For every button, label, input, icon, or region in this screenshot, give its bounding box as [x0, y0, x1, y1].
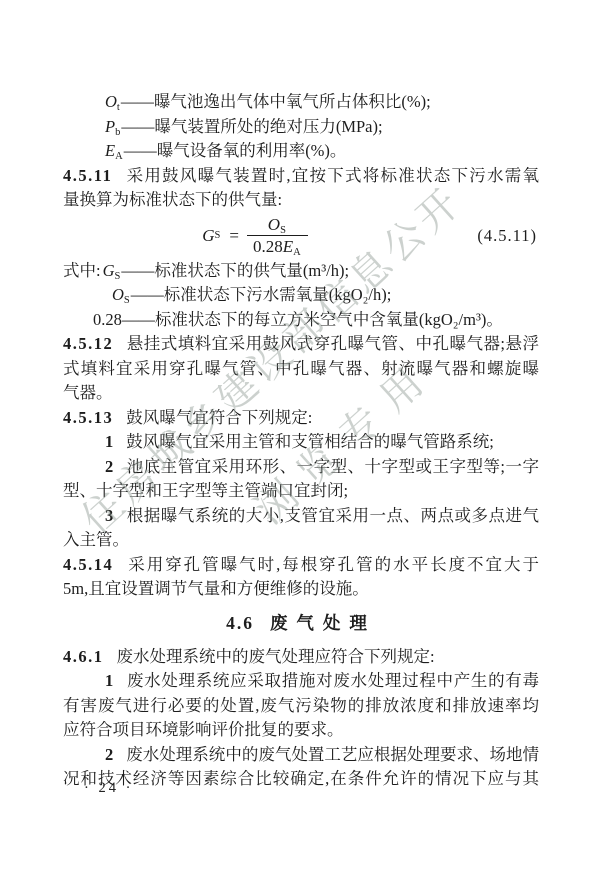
equation-number: (4.5.11) [477, 226, 537, 246]
clause-4-5-13-item-2-line-2: 型、十字型和王字型等主管端口宜封闭; [63, 479, 539, 504]
symbol-ot-description: ——曝气池逸出气体中氧气所占体积比(%); [121, 92, 431, 111]
item-text: 应符合项目环境影响评价批复的要求。 [63, 720, 344, 739]
clause-4-5-13-item-3-line-2: 入主管。 [63, 528, 539, 553]
fraction: OS 0.28EA [247, 214, 308, 257]
equation-expression: GS = OS 0.28EA [202, 214, 307, 257]
symbol-ot-subscript: t [117, 102, 120, 113]
symbol-definition-pb: Pb——曝气装置所处的绝对压力(MPa); [63, 115, 539, 140]
clause-number: 4.5.12 [63, 334, 113, 353]
fraction-numerator: OS [247, 214, 308, 235]
clause-number: 4.5.14 [63, 555, 113, 574]
item-text: 废水处理系统中的废气处置工艺应根据处理要求、场地情 [126, 745, 539, 764]
clause-number: 4.5.11 [63, 166, 112, 185]
where-os-var: O [112, 285, 124, 304]
where-os-description: ——标准状态下污水需氧量(kgO₂/h); [131, 285, 392, 304]
item-number: 1 [105, 671, 113, 690]
clause-4-6-1-item-2-line-2: 况和技术经济等因素综合比较确定,在条件允许的情况下应与其 [63, 767, 539, 792]
clause-4-5-13-item-1: 1鼓风曝气宜采用主管和支管相结合的曝气管路系统; [63, 430, 539, 455]
clause-4-5-11-line-2: 量换算为标准状态下的供气量: [63, 188, 539, 213]
clause-4-5-14-line-2: 5m,且宜设置调节气量和方便维修的设施。 [63, 577, 539, 602]
symbol-ea-subscript: A [115, 151, 123, 162]
symbol-pb: P [105, 117, 115, 136]
clause-4-5-12-line-3: 气器。 [63, 381, 539, 406]
clause-text: 鼓风曝气宜符合下列规定: [126, 408, 312, 427]
item-text: 鼓风曝气宜采用主管和支管相结合的曝气管路系统; [126, 432, 494, 451]
equation-lhs-var: G [202, 226, 214, 246]
clause-4-5-13-item-3-line-1: 3根据曝气系统的大小,支管宜采用一点、两点或多点进气 [63, 504, 539, 529]
clause-text: 采用穿孔管曝气时,每根穿孔管的水平长度不宜大于 [126, 555, 539, 574]
clause-text: 采用鼓风曝气装置时,宜按下式将标准状态下污水需氧 [125, 166, 539, 185]
where-gs-var: G [103, 261, 115, 280]
symbol-ea-description: ——曝气设备氧的利用率(%)。 [124, 141, 347, 160]
clause-4-6-1-item-1-line-3: 应符合项目环境影响评价批复的要求。 [63, 718, 539, 743]
clause-text: 量换算为标准状态下的供气量: [63, 190, 282, 209]
item-number: 2 [105, 457, 113, 476]
clause-text: 5m,且宜设置调节气量和方便维修的设施。 [63, 579, 369, 598]
where-os-subscript: S [124, 295, 130, 306]
section-heading-4-6: 4.6废气处理 [63, 611, 539, 636]
fraction-denominator: 0.28EA [247, 235, 308, 257]
where-028-description: ——标准状态下的每立方米空气中含氧量(kgO₂/m³)。 [122, 310, 503, 329]
page-number: · 24 · [84, 780, 133, 797]
symbol-definition-ot: Ot——曝气池逸出气体中氧气所占体积比(%); [63, 90, 539, 115]
denominator-coefficient: 0.28 [253, 237, 283, 256]
symbol-ea: E [105, 141, 115, 160]
denominator-subscript: A [293, 247, 301, 258]
clause-4-6-1-line-1: 4.6.1废水处理系统中的废气处理应符合下列规定: [63, 645, 539, 670]
item-number: 2 [105, 745, 113, 764]
symbol-pb-subscript: b [115, 127, 120, 138]
where-prefix: 式中: [63, 261, 101, 280]
clause-text: 废水处理系统中的废气处理应符合下列规定: [117, 647, 435, 666]
item-text: 型、十字型和王字型等主管端口宜封闭; [63, 481, 348, 500]
numerator-var: O [268, 215, 280, 234]
section-title: 废气处理 [270, 613, 376, 633]
item-text: 根据曝气系统的大小,支管宜采用一点、两点或多点进气 [126, 506, 539, 525]
symbol-definition-ea: EA——曝气设备氧的利用率(%)。 [63, 139, 539, 164]
clause-4-5-12-line-1: 4.5.12悬挂式填料宜采用鼓风式穿孔曝气管、中孔曝气器;悬浮 [63, 332, 539, 357]
clause-text: 气器。 [63, 383, 113, 402]
clause-4-6-1-item-1-line-2: 有害废气进行必要的处置,废气污染物的排放浓度和排放速率均 [63, 694, 539, 719]
item-text: 入主管。 [63, 530, 129, 549]
clause-4-6-1-item-2-line-1: 2废水处理系统中的废气处置工艺应根据处理要求、场地情 [63, 743, 539, 768]
clause-4-5-11-line-1: 4.5.11采用鼓风曝气装置时,宜按下式将标准状态下污水需氧 [63, 164, 539, 189]
item-number: 3 [105, 506, 113, 525]
where-line-gs: 式中:GS——标准状态下的供气量(m³/h); [63, 259, 539, 284]
item-text: 废水处理系统应采取措施对废水处理过程中产生的有毒 [126, 671, 539, 690]
item-text: 况和技术经济等因素综合比较确定,在条件允许的情况下应与其 [63, 769, 539, 788]
where-gs-description: ——标准状态下的供气量(m³/h); [121, 261, 349, 280]
clause-number: 4.5.13 [63, 408, 113, 427]
clause-text: 式填料宜采用穿孔曝气管、中孔曝气器、射流曝气器和螺旋曝 [63, 359, 539, 378]
clause-4-5-14-line-1: 4.5.14采用穿孔管曝气时,每根穿孔管的水平长度不宜大于 [63, 553, 539, 578]
where-line-os: OS——标准状态下污水需氧量(kgO₂/h); [63, 283, 539, 308]
symbol-pb-description: ——曝气装置所处的绝对压力(MPa); [121, 117, 382, 136]
equation-4-5-11: GS = OS 0.28EA (4.5.11) [63, 213, 539, 259]
item-number: 1 [105, 432, 113, 451]
clause-4-6-1-item-1-line-1: 1废水处理系统应采取措施对废水处理过程中产生的有毒 [63, 669, 539, 694]
clause-number: 4.6.1 [63, 647, 104, 666]
where-028-value: 0.28 [93, 310, 122, 329]
equals-sign: = [229, 226, 239, 246]
clause-4-5-12-line-2: 式填料宜采用穿孔曝气管、中孔曝气器、射流曝气器和螺旋曝 [63, 357, 539, 382]
item-text: 池底主管宜采用环形、一字型、十字型或王字型等;一字 [126, 457, 539, 476]
clause-4-5-13-item-2-line-1: 2池底主管宜采用环形、一字型、十字型或王字型等;一字 [63, 455, 539, 480]
denominator-var: E [283, 237, 293, 256]
where-line-028: 0.28——标准状态下的每立方米空气中含氧量(kgO₂/m³)。 [63, 308, 539, 333]
where-gs-subscript: S [115, 271, 121, 282]
section-number: 4.6 [226, 613, 254, 633]
page-body: Ot——曝气池逸出气体中氧气所占体积比(%); Pb——曝气装置所处的绝对压力(… [63, 90, 539, 792]
numerator-subscript: S [280, 225, 286, 236]
clause-text: 悬挂式填料宜采用鼓风式穿孔曝气管、中孔曝气器;悬浮 [126, 334, 539, 353]
document-page: 住房城乡建设部信息公开 浏览专用 Ot——曝气池逸出气体中氧气所占体积比(%);… [0, 0, 600, 870]
symbol-ot: O [105, 92, 117, 111]
item-text: 有害废气进行必要的处置,废气污染物的排放浓度和排放速率均 [63, 696, 539, 715]
clause-4-5-13-line-1: 4.5.13鼓风曝气宜符合下列规定: [63, 406, 539, 431]
